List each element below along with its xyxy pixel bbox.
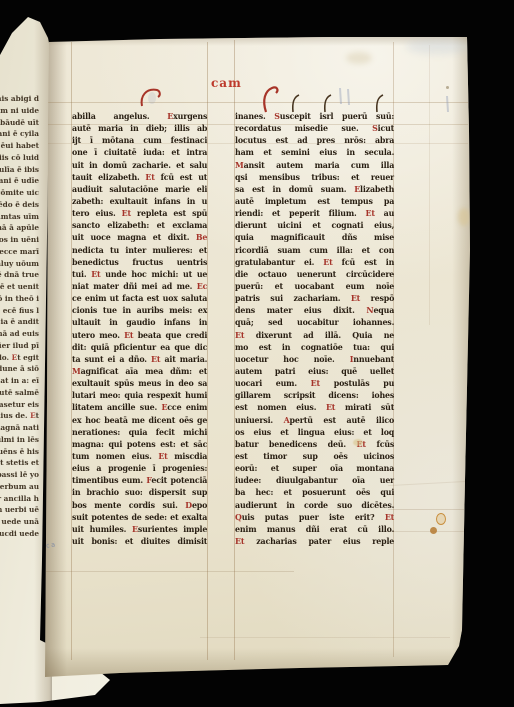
text-line: patris sui zachariam. Et respō xyxy=(235,294,394,306)
text-line: quia magnificauit dñs mise xyxy=(235,233,394,245)
text-line: uocetur hoc noīe. Innuebant xyxy=(235,355,394,367)
text-line: uocari eum. Et postulās pu xyxy=(235,379,394,391)
text-line: tum nomen eius. Et miscdia xyxy=(72,452,207,464)
stain xyxy=(346,52,372,64)
text-line: benedictus fructus uentris xyxy=(72,258,207,270)
text-line: litatem ancille sue. Ecce enim xyxy=(72,403,207,415)
running-header: cam xyxy=(211,76,242,90)
text-line: Et dixerunt ad illā. Quia ne xyxy=(235,331,394,343)
text-line: uit uoce magna et dixit. Be xyxy=(72,233,207,245)
stain xyxy=(430,527,437,534)
text-line: in brachio suo: dispersit sup xyxy=(72,488,207,500)
parchment-crease xyxy=(388,509,464,510)
text-line: eius a progenie ī progenies: xyxy=(72,464,207,476)
text-line: ultauit in gaudio infans in xyxy=(72,318,207,330)
text-line: audiuit salutaciōne marie eli xyxy=(72,185,207,197)
text-line: gillarem scripsit dicens: iohes xyxy=(235,391,394,403)
text-line: autē maria in dieb; illis ab xyxy=(72,124,207,136)
text-line: timentibus eum. Fecit potenciā xyxy=(72,476,207,488)
text-line: locutus est ad pres nrōs: abra xyxy=(235,136,394,148)
parchment-crease xyxy=(200,637,450,638)
text-line: ex hoc beatā me dicent oēs ge xyxy=(72,416,207,428)
text-line: ta sunt ei a dño. Et ait maria. xyxy=(72,355,207,367)
parchment-crease xyxy=(44,571,294,572)
text-line: puerū: et uocabant eum noīe xyxy=(235,282,394,294)
text-line: nerationes: quia fecit michi xyxy=(72,428,207,440)
text-line: gratulabantur ei. Et fcū est in xyxy=(235,258,394,270)
stain xyxy=(458,208,470,226)
text-column-left: abilla angelus. Exurgensautē maria in di… xyxy=(72,112,207,552)
text-line: utero meo. Et beata que credi xyxy=(72,331,207,343)
ruling-line xyxy=(48,102,468,103)
text-line: quā; sed uocabitur iohannes. xyxy=(235,318,394,330)
stain xyxy=(353,439,363,446)
text-line: exultauit spūs meus in deo sa xyxy=(72,379,207,391)
text-line: sancto elizabeth: et exclama xyxy=(72,221,207,233)
text-line: Mansit autem maria cum illa xyxy=(235,161,394,173)
text-line: audierunt in corde suo dicētes. xyxy=(235,501,394,513)
text-line: tauit elizabeth. Et fcū est ut xyxy=(72,173,207,185)
text-line: Et zacharias pater eius reple xyxy=(235,537,394,549)
text-line: lutari meo: quia respexit humi xyxy=(72,391,207,403)
text-line: mo est in cognatiōe tua: qui xyxy=(235,343,394,355)
page-edge-shading-left xyxy=(45,0,67,707)
text-line: batur benedicens deū. Et fcūs xyxy=(235,440,394,452)
text-line: magna: qui potens est: et sāc xyxy=(72,440,207,452)
text-line: nedicta tu inter mulieres: et xyxy=(72,246,207,258)
text-column-right: inanes. Suscepit isrl puerū suū:recordat… xyxy=(235,112,394,552)
text-line: tero eius. Et repleta est spū xyxy=(72,209,207,221)
stain xyxy=(446,86,449,89)
offset-ghost-smudge xyxy=(406,38,470,54)
text-line: niat mater dñi mei ad me. Ec xyxy=(72,282,207,294)
stain xyxy=(436,513,446,525)
text-line: zabeth: exultauit infans in u xyxy=(72,197,207,209)
text-line: sa est in domū suam. Elizabeth xyxy=(235,185,394,197)
text-line: os eius et lingua eius: et loq xyxy=(235,428,394,440)
text-line: uit in domū zacharie. et salu xyxy=(72,161,207,173)
text-line: inanes. Suscepit isrl puerū suū: xyxy=(235,112,394,124)
text-line: ba hec: et posuerunt oēs qui xyxy=(235,488,394,500)
text-line: est nomen eius. Et mirati sūt xyxy=(235,403,394,415)
page-edge-shading-right xyxy=(452,0,472,707)
text-line: ham et semini eius in secula. xyxy=(235,148,394,160)
text-line: abilla angelus. Exurgens xyxy=(72,112,207,124)
manuscript-page: cam abilla angelus. Exurgensautē maria i… xyxy=(0,0,514,707)
text-line: iudee: diuulgabantur oīa uer xyxy=(235,476,394,488)
text-line: tui. Et unde hoc michi: ut ue xyxy=(72,270,207,282)
parchment-crease xyxy=(386,531,464,532)
page-edge-shading-bottom xyxy=(0,648,514,678)
text-line: est timor sup oēs uicinos xyxy=(235,452,394,464)
text-line: suit potentes de sede: et exalta xyxy=(72,513,207,525)
text-line: dens mater eius dixit. Nequa xyxy=(235,306,394,318)
text-line: eorū: et super oīa montana xyxy=(235,464,394,476)
pencil-annotation: ca xyxy=(45,540,57,549)
text-line: cionis tue in auribs meis: ex xyxy=(72,306,207,318)
text-line: Quis putas puer iste erit? Et xyxy=(235,513,394,525)
text-line: uit bonis: et diuites dimisit xyxy=(72,537,207,549)
text-line: ce enim ut facta est uox saluta xyxy=(72,294,207,306)
ruling-line xyxy=(429,45,430,325)
text-line: uit humiles. Esurientes imple xyxy=(72,525,207,537)
text-line: dit: quiā pficientur ea que dic xyxy=(72,343,207,355)
text-line: ijt ī mōtana cum festinaci xyxy=(72,136,207,148)
text-line: ricordiā suam cum illa: et con xyxy=(235,246,394,258)
text-line: uniuersi. Apertū est autē ilico xyxy=(235,416,394,428)
text-line: autem patri eius: quē uellet xyxy=(235,367,394,379)
manuscript-photo: umis abigi duim ni uidema bāudē uīts man… xyxy=(0,0,514,707)
text-line: riendi: et peperit filium. Et au xyxy=(235,209,394,221)
text-line: dierunt uicini et cognati eius, xyxy=(235,221,394,233)
text-line: qsi mensibus tribus: et reuer xyxy=(235,173,394,185)
text-line: die octauo uenerunt circūcidere xyxy=(235,270,394,282)
text-line: enim manus dñi erat cū illo. xyxy=(235,525,394,537)
text-line: Magnificat aīa mea dñm: et xyxy=(72,367,207,379)
text-line: one ī ciuitatē iuda: et intra xyxy=(72,148,207,160)
text-line: bos mente cordis sui. Depo xyxy=(72,501,207,513)
text-line: autē impletum est tempus pa xyxy=(235,197,394,209)
text-line: recordatus misedie sue. Sicut xyxy=(235,124,394,136)
